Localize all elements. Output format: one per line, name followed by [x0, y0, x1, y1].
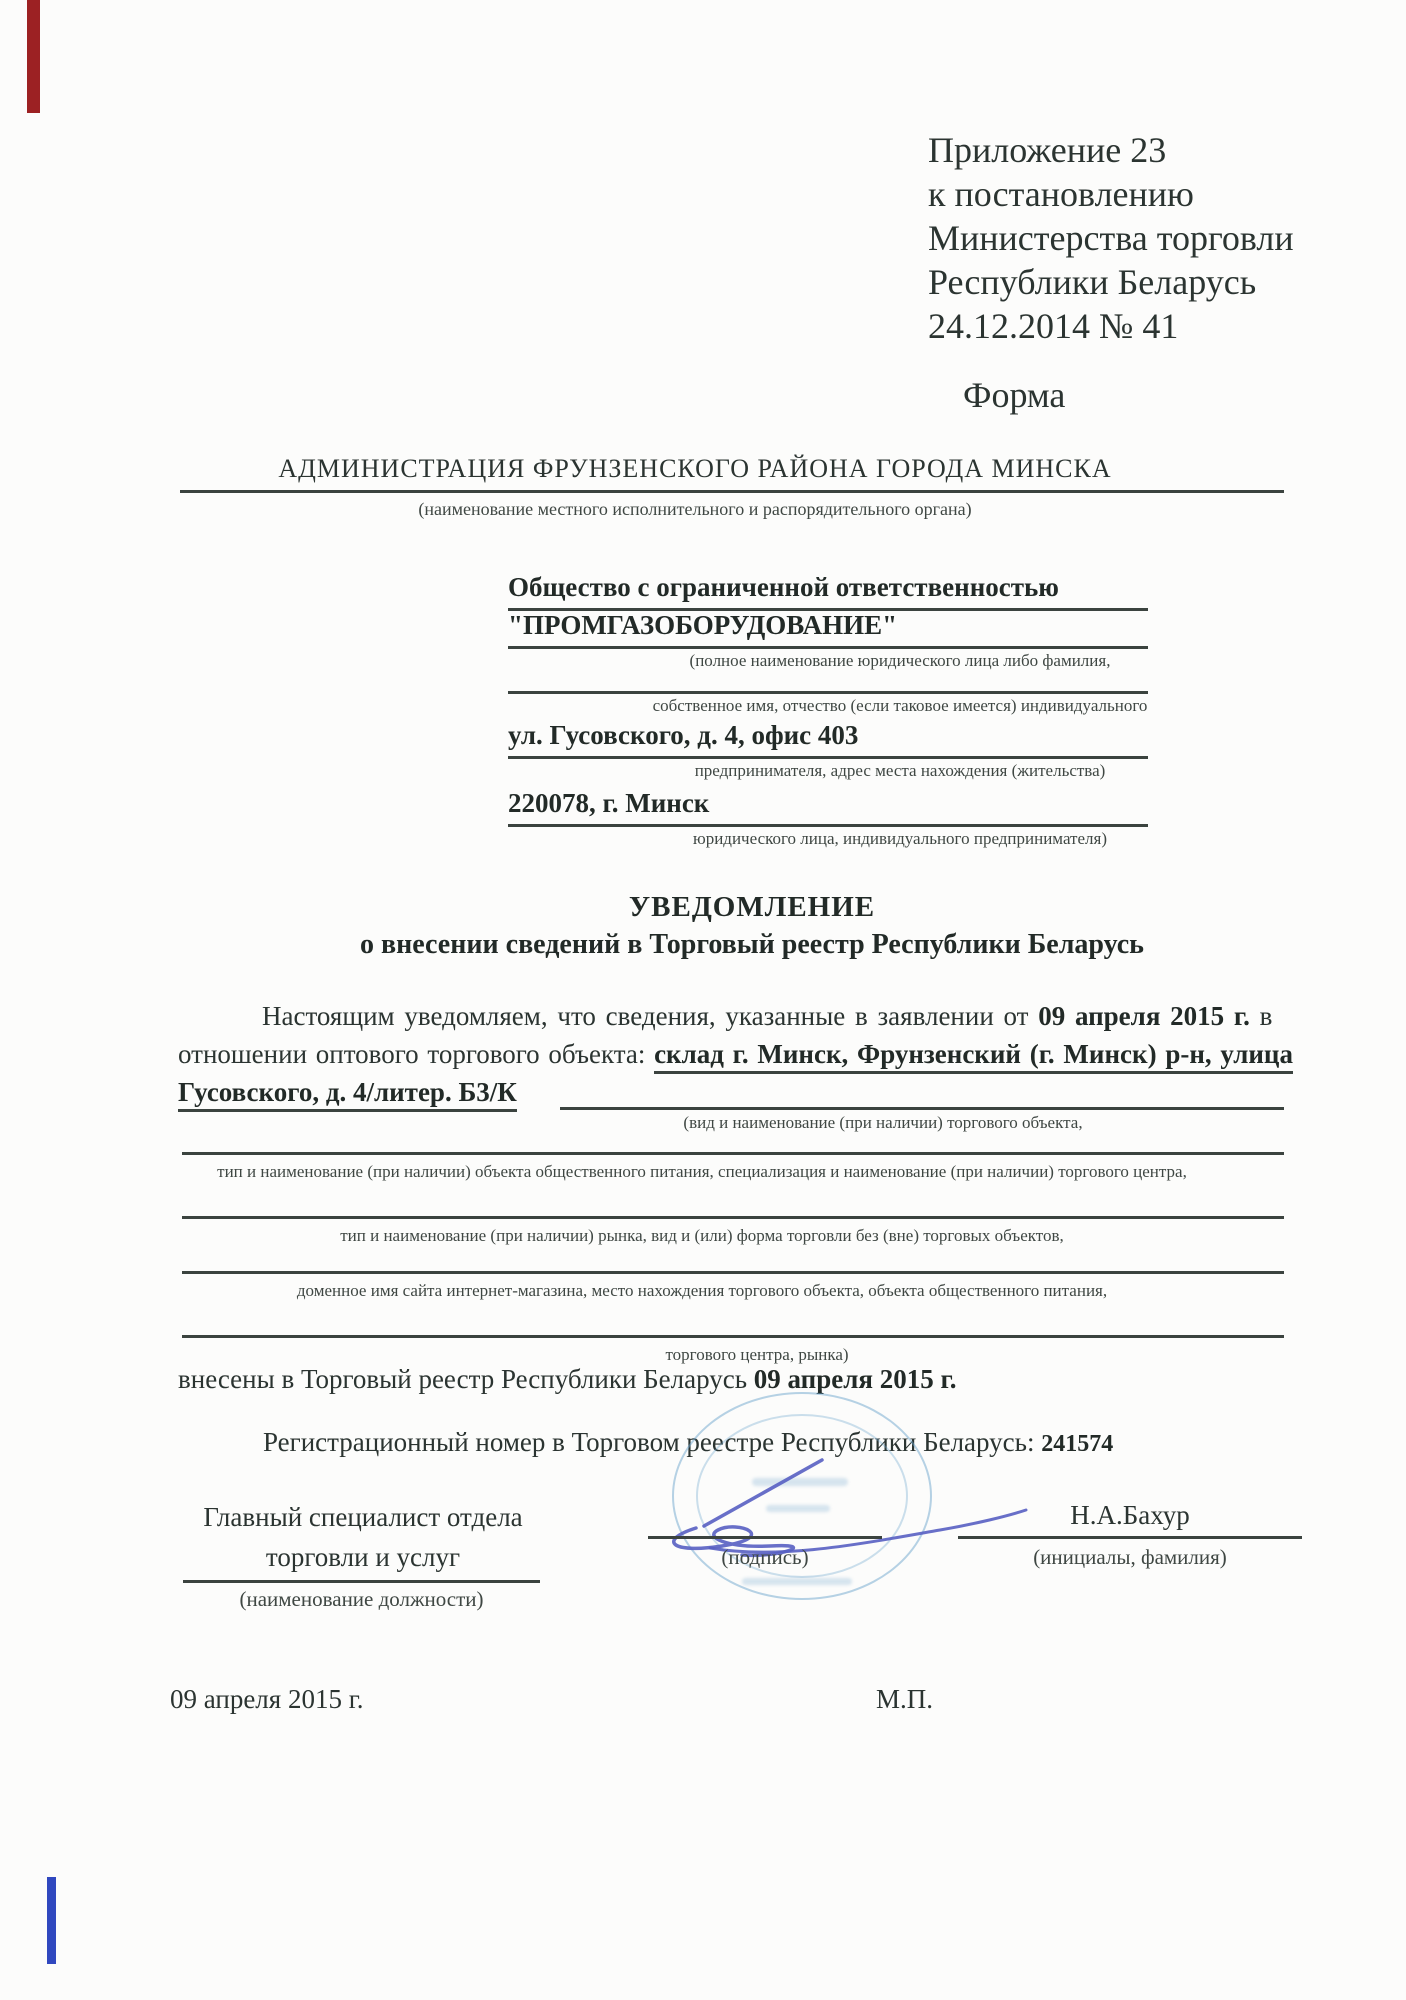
footer-stamp-place: М.П.: [876, 1684, 933, 1715]
applicant-caption-1: (полное наименование юридического лица л…: [560, 651, 1240, 671]
blank-rule-4-caption: торгового центра, рынка): [200, 1345, 1314, 1365]
annex-line: Приложение 23: [928, 128, 1294, 172]
applicant-underline-3: [508, 756, 1148, 759]
applicant-org-type: Общество с ограниченной ответственностью: [508, 572, 1059, 603]
stamp-smudge: [742, 1578, 852, 1585]
annex-line: 24.12.2014 № 41: [928, 304, 1294, 348]
applicant-org-name: "ПРОМГАЗОБОРУДОВАНИЕ": [508, 610, 897, 641]
trade-object-value: склад г. Минск, Фрунзенский (г. Минск) р…: [654, 1039, 1293, 1074]
blank-rule-2-caption: тип и наименование (при наличии) рынка, …: [145, 1226, 1259, 1246]
authority-name: АДМИНИСТРАЦИЯ ФРУНЗЕНСКОГО РАЙОНА ГОРОДА…: [140, 454, 1250, 484]
form-label: Форма: [963, 374, 1065, 416]
paragraph-line-3: Гусовского, д. 4/литер. Б3/К: [178, 1077, 517, 1108]
entered-line: внесены в Торговый реестр Республики Бел…: [178, 1364, 956, 1395]
red-edge-mark: [27, 0, 40, 113]
signer-position-line-1: Главный специалист отдела: [185, 1502, 541, 1533]
footer-date: 09 апреля 2015 г.: [170, 1684, 363, 1715]
applicant-underline-2: [508, 646, 1148, 649]
authority-underline: [180, 490, 1284, 493]
trade-object-trailing-rule: [560, 1107, 1284, 1110]
applicant-caption-3: предпринимателя, адрес места нахождения …: [560, 761, 1240, 781]
applicant-underline-4: [508, 824, 1148, 827]
applicant-address-city: 220078, г. Минск: [508, 788, 709, 819]
paragraph-text: отношении оптового торгового объекта:: [178, 1039, 654, 1069]
position-underline: [183, 1580, 540, 1583]
signer-name: Н.А.Бахур: [958, 1500, 1302, 1531]
annex-block: Приложение 23 к постановлению Министерст…: [928, 128, 1294, 348]
paragraph-line-1: Настоящим уведомляем, что сведения, указ…: [178, 1001, 1284, 1032]
document-subtitle: о внесении сведений в Торговый реестр Ре…: [200, 929, 1304, 961]
signature-caption: (подпись): [648, 1545, 882, 1569]
blue-edge-mark: [47, 1877, 56, 1964]
document-page: Приложение 23 к постановлению Министерст…: [0, 0, 1406, 2000]
registration-number: 241574: [1041, 1431, 1113, 1457]
applicant-underline-blank: [508, 691, 1148, 694]
authority-caption: (наименование местного исполнительного и…: [140, 499, 1250, 520]
name-caption: (инициалы, фамилия): [958, 1545, 1302, 1569]
annex-line: к постановлению: [928, 172, 1294, 216]
trade-object-value: Гусовского, д. 4/литер. Б3/К: [178, 1077, 517, 1112]
applicant-caption-4: юридического лица, индивидуального предп…: [560, 829, 1240, 849]
paragraph-text: Настоящим уведомляем, что сведения, указ…: [262, 1001, 1038, 1031]
entered-text: внесены в Торговый реестр Республики Бел…: [178, 1364, 754, 1394]
position-caption: (наименование должности): [183, 1587, 540, 1611]
blank-rule-3: [182, 1271, 1284, 1274]
blank-rule-1-caption: тип и наименование (при наличии) объекта…: [145, 1162, 1259, 1182]
blank-rule-3-caption: доменное имя сайта интернет-магазина, ме…: [145, 1281, 1259, 1301]
paragraph-text: в: [1250, 1001, 1273, 1031]
blank-rule-2: [182, 1216, 1284, 1219]
annex-line: Республики Беларусь: [928, 260, 1294, 304]
applicant-address-street: ул. Гусовского, д. 4, офис 403: [508, 720, 858, 751]
blank-rule-4: [182, 1335, 1284, 1338]
signer-position-line-2: торговли и услуг: [185, 1542, 541, 1573]
blank-rule-1: [182, 1152, 1284, 1155]
annex-line: Министерства торговли: [928, 216, 1294, 260]
paragraph-line-2: отношении оптового торгового объекта: ск…: [178, 1039, 1284, 1070]
entered-date: 09 апреля 2015 г.: [754, 1364, 957, 1394]
document-title: УВЕДОМЛЕНИЕ: [200, 891, 1304, 924]
statement-date: 09 апреля 2015 г.: [1038, 1001, 1250, 1031]
signature-underline: [648, 1536, 882, 1539]
trade-object-caption: (вид и наименование (при наличии) торгов…: [583, 1113, 1183, 1133]
applicant-caption-2: собственное имя, отчество (если таковое …: [560, 696, 1240, 716]
name-underline: [958, 1536, 1302, 1539]
